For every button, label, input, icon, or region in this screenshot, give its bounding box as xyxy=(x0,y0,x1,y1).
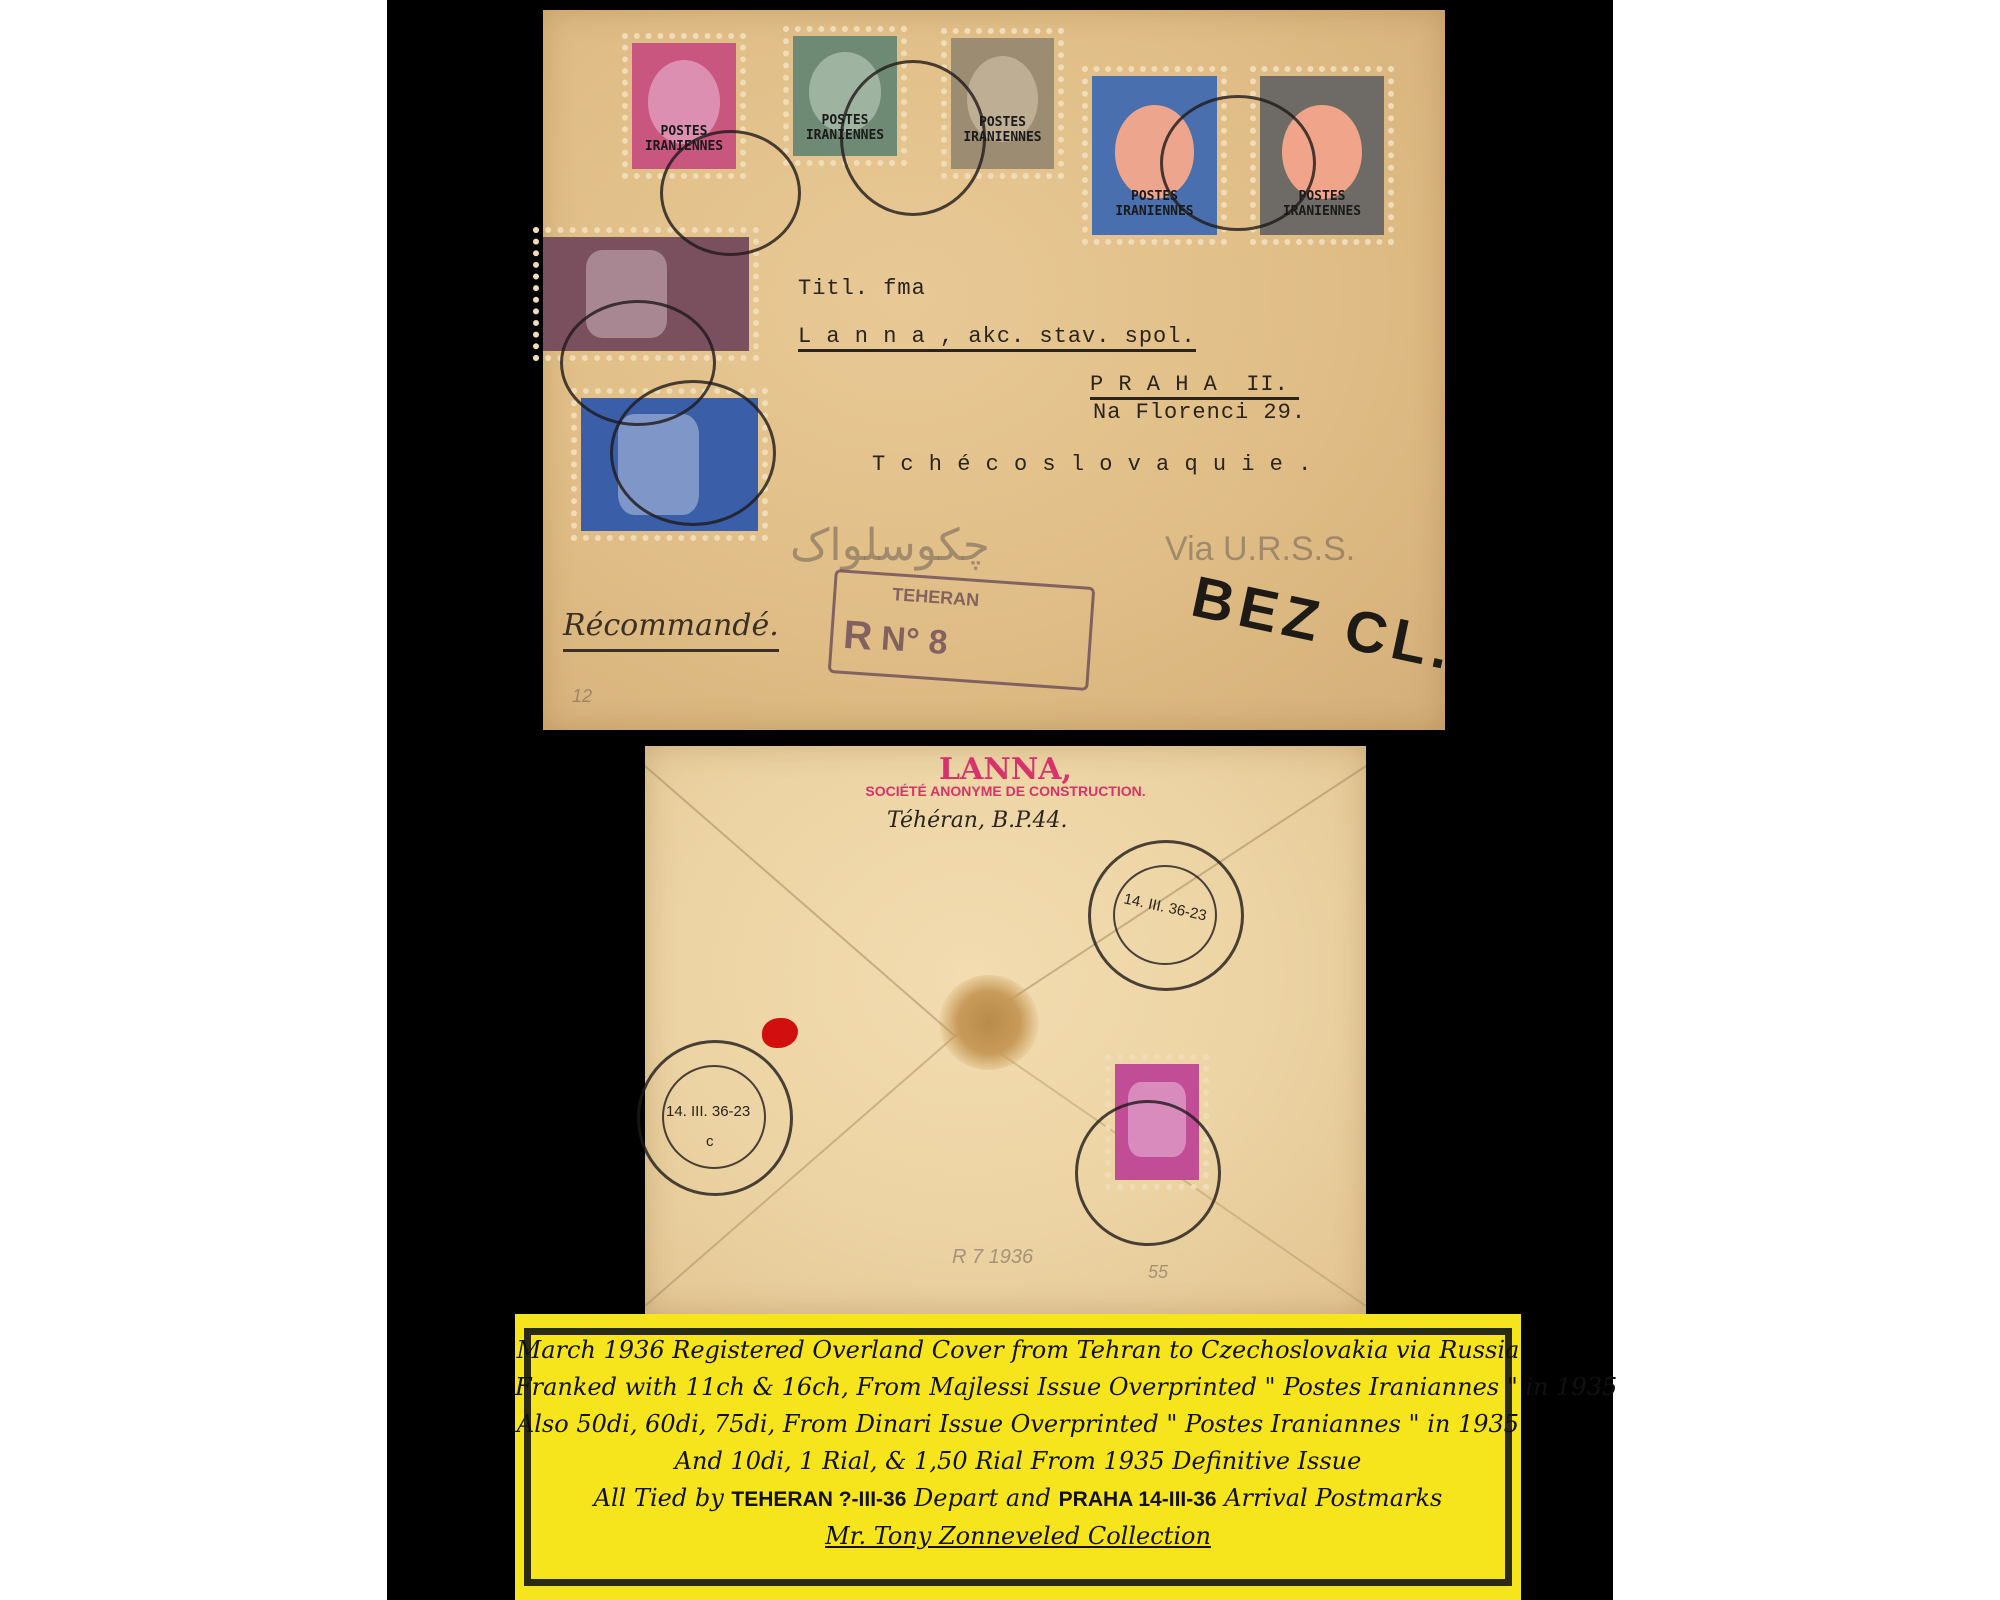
address-line-company: L a n n a , akc. stav. spol. xyxy=(798,324,1196,352)
registration-letter: R xyxy=(842,613,874,660)
teheran-postmark xyxy=(840,60,986,216)
arrival-postmark-label: PRAHA 14-III-36 xyxy=(1059,1488,1217,1511)
praha-arrival-postmark-top: 14. III. 36-23 xyxy=(1088,840,1244,991)
address-line-recipient-title: Titl. fma xyxy=(798,276,926,301)
praha-arrival-postmark-left: 14. III. 36-23 c xyxy=(637,1040,793,1196)
teheran-postmark-back xyxy=(1075,1100,1221,1246)
registration-label: TEHERAN R N° 8 xyxy=(828,569,1096,691)
registration-number: N° 8 xyxy=(880,619,949,663)
address-line-city: P R A H A II. xyxy=(1090,372,1299,400)
teheran-postmark xyxy=(610,380,776,526)
sender-company-subtitle: SOCIÉTÉ ANONYME DE CONSTRUCTION. xyxy=(645,783,1366,799)
registration-city: TEHERAN xyxy=(892,584,980,611)
teheran-postmark xyxy=(660,130,801,256)
caption-box: March 1936 Registered Overland Cover fro… xyxy=(515,1314,1521,1600)
handwritten-recommande: Récommandé. xyxy=(563,608,779,652)
collection-credit: Mr. Tony Zonneveled Collection xyxy=(515,1518,1521,1555)
via-urss-marking: Via U.R.S.S. xyxy=(1165,530,1355,569)
pencil-notation: R 7 1936 xyxy=(952,1246,1033,1269)
caption-postmarks: All Tied by TEHERAN ?-III-36 Depart and … xyxy=(515,1480,1521,1518)
address-line-country: T c h é c o s l o v a q u i e . xyxy=(872,452,1312,477)
caption-franking-majlessi: Franked with 11ch & 16ch, From Majlessi … xyxy=(515,1369,1521,1406)
sender-company-name: LANNA, xyxy=(645,752,1366,787)
glue-stain xyxy=(939,975,1039,1070)
arabic-destination-marking: چکوسلواک xyxy=(790,520,990,571)
teheran-postmark xyxy=(1160,95,1316,231)
pencil-number: 55 xyxy=(1148,1262,1168,1283)
caption-franking-dinari: Also 50di, 60di, 75di, From Dinari Issue… xyxy=(515,1406,1521,1443)
handwritten-sender-address: Téhéran, B.P.44. xyxy=(887,808,1067,833)
address-line-street: Na Florenci 29. xyxy=(1093,400,1306,425)
postmark-date: 14. III. 36-23 xyxy=(666,1103,750,1120)
depart-postmark-label: TEHERAN ?-III-36 xyxy=(731,1488,906,1511)
caption-franking-definitive: And 10di, 1 Rial, & 1,50 Rial From 1935 … xyxy=(515,1443,1521,1480)
pencil-note: 12 xyxy=(572,686,592,707)
postmark-letter: c xyxy=(706,1133,714,1150)
caption-title: March 1936 Registered Overland Cover fro… xyxy=(515,1332,1521,1369)
